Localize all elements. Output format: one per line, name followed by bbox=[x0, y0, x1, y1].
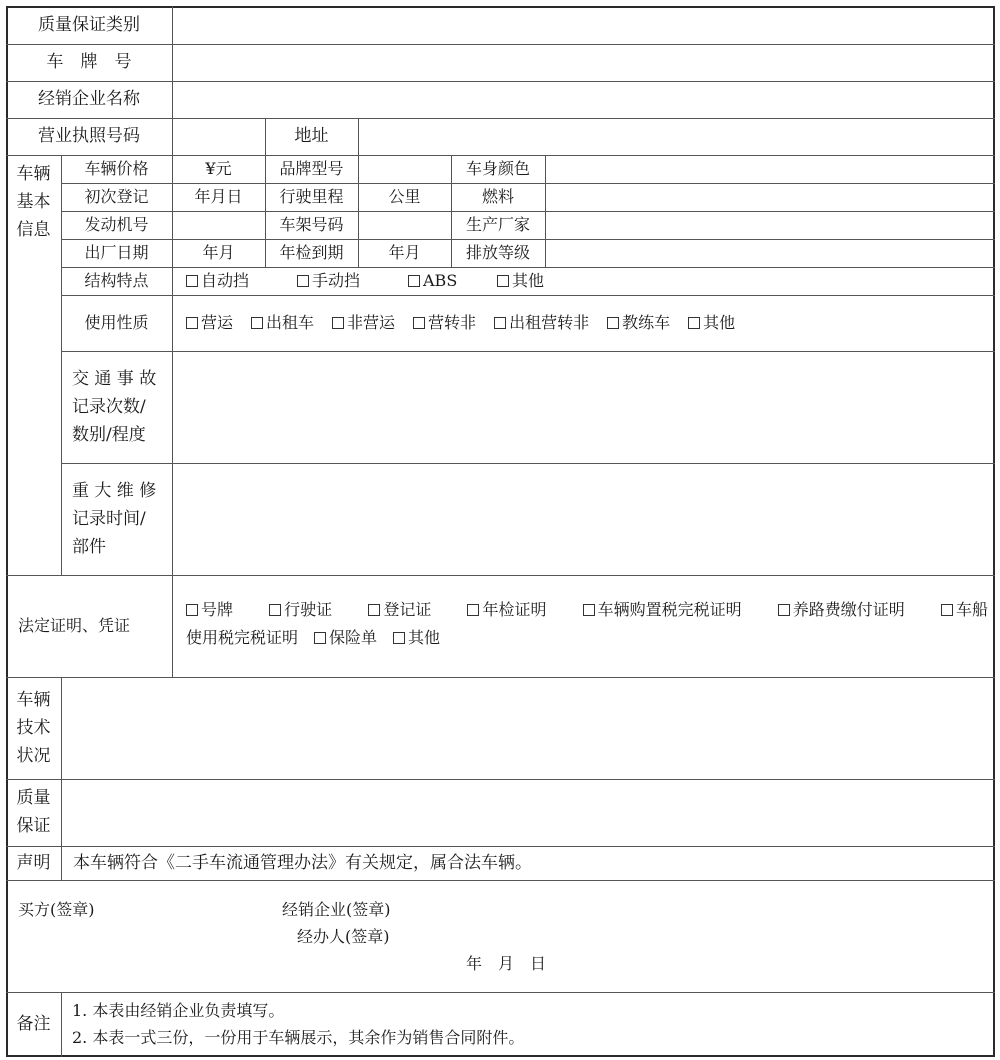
body-color-label: 车身颜色 bbox=[451, 155, 545, 183]
group-label-line: 车辆 bbox=[17, 160, 51, 188]
brand-model-field[interactable] bbox=[360, 157, 450, 182]
checkbox-icon[interactable] bbox=[497, 275, 509, 287]
dealer-signature[interactable]: 经销企业(签章) bbox=[282, 898, 482, 922]
statement-text: 本车辆符合《二手车流通管理办法》有关规定，属合法车辆。 bbox=[73, 846, 973, 880]
license-number-label: 营业执照号码 bbox=[6, 118, 172, 155]
note-item: 2. 本表一式三份，一份用于车辆展示，其余作为销售合同附件。 bbox=[72, 1025, 972, 1051]
option-label: 自动挡 bbox=[201, 273, 249, 289]
quality-guarantee-field[interactable] bbox=[63, 781, 993, 844]
label-line: 记录时间/ bbox=[72, 505, 156, 533]
checkbox-icon[interactable] bbox=[941, 604, 953, 616]
usage-label: 使用性质 bbox=[61, 295, 172, 351]
emission-level-field[interactable] bbox=[547, 241, 993, 266]
statement-label: 声明 bbox=[6, 846, 61, 880]
checkbox-icon[interactable] bbox=[297, 275, 309, 287]
structure-option-automatic[interactable]: 自动挡 bbox=[186, 273, 297, 289]
checkbox-icon[interactable] bbox=[368, 604, 380, 616]
checkbox-icon[interactable] bbox=[393, 632, 405, 644]
address-label: 地址 bbox=[265, 118, 358, 155]
fuel-label: 燃料 bbox=[451, 183, 545, 211]
option-label: 保险单 bbox=[329, 630, 377, 646]
usage-option-training[interactable]: 教练车 bbox=[607, 315, 670, 331]
col-divider bbox=[61, 677, 62, 880]
row-divider bbox=[6, 677, 995, 678]
option-label: 教练车 bbox=[622, 315, 670, 331]
option-label: 行驶证 bbox=[284, 602, 332, 618]
legal-option-road-fee[interactable]: 养路费缴付证明 bbox=[778, 602, 905, 618]
legal-option-other[interactable]: 其他 bbox=[393, 630, 440, 646]
checkbox-icon[interactable] bbox=[778, 604, 790, 616]
structure-options: 自动挡 手动挡 ABS 其他 bbox=[186, 267, 986, 295]
agent-signature[interactable]: 经办人(签章) bbox=[297, 925, 497, 949]
structure-option-abs[interactable]: ABS bbox=[408, 273, 497, 289]
checkbox-icon[interactable] bbox=[607, 317, 619, 329]
usage-option-converted[interactable]: 营转非 bbox=[413, 315, 476, 331]
factory-date-label: 出厂日期 bbox=[61, 239, 172, 267]
col-divider bbox=[61, 992, 62, 1057]
quality-category-label: 质量保证类别 bbox=[6, 6, 172, 44]
price-field[interactable]: ¥元 bbox=[172, 155, 265, 183]
checkbox-icon[interactable] bbox=[467, 604, 479, 616]
group-label-line: 基本 bbox=[17, 188, 51, 216]
usage-option-taxi[interactable]: 出租车 bbox=[251, 315, 314, 331]
option-label: 营转非 bbox=[428, 315, 476, 331]
repair-record-field[interactable] bbox=[174, 465, 993, 573]
brand-model-label: 品牌型号 bbox=[265, 155, 358, 183]
frame-number-label: 车架号码 bbox=[265, 211, 358, 239]
label-line: 记录次数/ bbox=[72, 393, 156, 421]
legal-option-driving-license[interactable]: 行驶证 bbox=[269, 602, 332, 618]
mileage-label: 行驶里程 bbox=[265, 183, 358, 211]
option-label: 手动挡 bbox=[312, 273, 360, 289]
usage-option-non-operating[interactable]: 非营运 bbox=[332, 315, 395, 331]
note-item: 1. 本表由经销企业负责填写。 bbox=[72, 998, 972, 1024]
legal-docs-options: 号牌 行驶证 登记证 年检证明 车辆购置税完税证明 养路费缴付证明 车船 使用税… bbox=[186, 596, 988, 656]
group-label-line: 信息 bbox=[17, 216, 51, 244]
inspection-due-label: 年检到期 bbox=[265, 239, 358, 267]
first-registration-field[interactable]: 年月日 bbox=[172, 183, 265, 211]
label-line: 重 大 维 修 bbox=[72, 477, 156, 505]
option-label: 出租营转非 bbox=[509, 315, 589, 331]
option-label: 登记证 bbox=[383, 602, 431, 618]
structure-option-other[interactable]: 其他 bbox=[497, 273, 544, 289]
plate-number-label: 车 牌 号 bbox=[6, 44, 172, 81]
option-label-continued: 使用税完税证明 bbox=[186, 630, 298, 646]
checkbox-icon[interactable] bbox=[186, 317, 198, 329]
usage-options: 营运 出租车 非营运 营转非 出租营转非 教练车 其他 bbox=[186, 295, 986, 351]
option-label: ABS bbox=[423, 273, 457, 289]
option-label: 出租车 bbox=[266, 315, 314, 331]
legal-docs-line-2: 使用税完税证明 保险单 其他 bbox=[186, 624, 440, 652]
frame-number-field[interactable] bbox=[360, 213, 450, 238]
option-label: 其他 bbox=[703, 315, 735, 331]
accident-record-label: 交 通 事 故 记录次数/ 数别/程度 bbox=[72, 365, 170, 455]
label-line: 技术 bbox=[17, 714, 51, 742]
tech-status-label: 车辆 技术 状况 bbox=[6, 686, 61, 770]
usage-option-other[interactable]: 其他 bbox=[688, 315, 735, 331]
option-label: 养路费缴付证明 bbox=[793, 602, 905, 618]
emission-level-label: 排放等级 bbox=[451, 239, 545, 267]
checkbox-icon[interactable] bbox=[583, 604, 595, 616]
body-color-field[interactable] bbox=[547, 157, 993, 182]
checkbox-icon[interactable] bbox=[314, 632, 326, 644]
option-label: 其他 bbox=[512, 273, 544, 289]
col-divider bbox=[545, 155, 546, 267]
mileage-field[interactable]: 公里 bbox=[358, 183, 451, 211]
option-label: 车船 bbox=[956, 602, 988, 618]
col-divider bbox=[172, 6, 173, 155]
vehicle-basic-info-label: 车辆 基本 信息 bbox=[6, 160, 61, 250]
checkbox-icon[interactable] bbox=[251, 317, 263, 329]
label-line: 数别/程度 bbox=[72, 421, 156, 449]
col-divider bbox=[172, 155, 173, 575]
legal-option-vehicle-tax[interactable]: 车船 bbox=[941, 602, 988, 618]
fuel-field[interactable] bbox=[547, 185, 993, 210]
row-divider bbox=[61, 351, 995, 352]
engine-number-field[interactable] bbox=[174, 213, 264, 238]
legal-option-registration[interactable]: 登记证 bbox=[368, 602, 431, 618]
notes-label: 备注 bbox=[6, 992, 61, 1057]
col-divider bbox=[172, 575, 173, 677]
first-registration-label: 初次登记 bbox=[61, 183, 172, 211]
legal-docs-label: 法定证明、凭证 bbox=[18, 575, 172, 677]
inspection-due-field[interactable]: 年月 bbox=[358, 239, 451, 267]
usage-option-taxi-converted[interactable]: 出租营转非 bbox=[494, 315, 589, 331]
label-line: 保证 bbox=[17, 812, 51, 840]
label-line: 交 通 事 故 bbox=[72, 365, 156, 393]
option-label: 号牌 bbox=[201, 602, 233, 618]
label-line: 部件 bbox=[72, 533, 156, 561]
factory-date-field[interactable]: 年月 bbox=[172, 239, 265, 267]
option-label: 年检证明 bbox=[482, 602, 546, 618]
repair-record-label: 重 大 维 修 记录时间/ 部件 bbox=[72, 477, 170, 567]
checkbox-icon[interactable] bbox=[688, 317, 700, 329]
address-field[interactable] bbox=[360, 120, 993, 154]
option-label: 非营运 bbox=[347, 315, 395, 331]
plate-number-field[interactable] bbox=[174, 46, 993, 80]
accident-record-field[interactable] bbox=[174, 353, 993, 461]
manufacturer-label: 生产厂家 bbox=[451, 211, 545, 239]
col-divider bbox=[358, 118, 359, 155]
legal-docs-line-1: 号牌 行驶证 登记证 年检证明 车辆购置税完税证明 养路费缴付证明 车船 bbox=[186, 596, 988, 624]
option-label: 营运 bbox=[201, 315, 233, 331]
checkbox-icon[interactable] bbox=[186, 275, 198, 287]
option-label: 车辆购置税完税证明 bbox=[598, 602, 742, 618]
checkbox-icon[interactable] bbox=[494, 317, 506, 329]
checkbox-icon[interactable] bbox=[269, 604, 281, 616]
checkbox-icon[interactable] bbox=[332, 317, 344, 329]
legal-option-insurance[interactable]: 保险单 bbox=[314, 630, 377, 646]
structure-option-manual[interactable]: 手动挡 bbox=[297, 273, 408, 289]
legal-option-purchase-tax[interactable]: 车辆购置税完税证明 bbox=[583, 602, 742, 618]
quality-category-field[interactable] bbox=[174, 8, 993, 43]
usage-option-operating[interactable]: 营运 bbox=[186, 315, 233, 331]
row-divider bbox=[6, 992, 995, 993]
row-divider bbox=[6, 880, 995, 881]
option-label: 其他 bbox=[408, 630, 440, 646]
tech-status-field[interactable] bbox=[63, 679, 993, 777]
quality-guarantee-label: 质量 保证 bbox=[6, 784, 61, 842]
license-number-field[interactable] bbox=[174, 120, 264, 154]
dealer-name-label: 经销企业名称 bbox=[6, 81, 172, 118]
row-divider bbox=[6, 779, 995, 780]
checkbox-icon[interactable] bbox=[408, 275, 420, 287]
structure-label: 结构特点 bbox=[61, 267, 172, 295]
legal-option-plate[interactable]: 号牌 bbox=[186, 602, 233, 618]
signature-date[interactable]: 年 月 日 bbox=[466, 952, 586, 976]
price-label: 车辆价格 bbox=[61, 155, 172, 183]
checkbox-icon[interactable] bbox=[186, 604, 198, 616]
buyer-signature[interactable]: 买方(签章) bbox=[18, 898, 218, 922]
label-line: 质量 bbox=[17, 784, 51, 812]
checkbox-icon[interactable] bbox=[413, 317, 425, 329]
label-line: 状况 bbox=[17, 742, 51, 770]
label-line: 车辆 bbox=[17, 686, 51, 714]
engine-number-label: 发动机号 bbox=[61, 211, 172, 239]
row-divider bbox=[61, 463, 995, 464]
legal-option-inspection[interactable]: 年检证明 bbox=[467, 602, 546, 618]
dealer-name-field[interactable] bbox=[174, 83, 993, 117]
manufacturer-field[interactable] bbox=[547, 213, 993, 238]
